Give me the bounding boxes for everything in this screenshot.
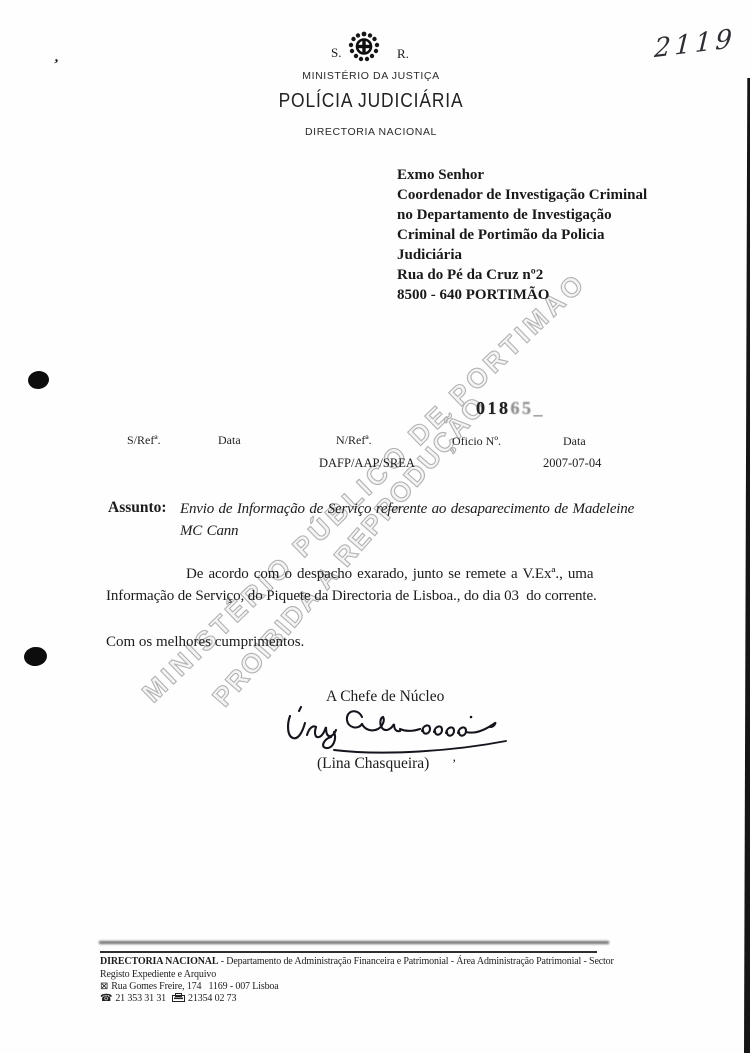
footer-department-rest: - Departamento de Administração Financei… — [218, 956, 613, 967]
recipient-line: Rua do Pé da Cruz nº2 — [397, 265, 687, 285]
footer-rule — [100, 951, 597, 953]
ministry-title: MINISTÉRIO DA JUSTIÇA — [251, 70, 491, 82]
stamp-faint-digits: 65 — [511, 398, 534, 418]
footer-department-line: DIRECTORIA NACIONAL - Departamento de Ad… — [100, 956, 614, 967]
footer-address: Rua Gomes Freire, 174 1169 - 007 Lisboa — [111, 981, 278, 992]
body-paragraph-line1: De acordo com o despacho exarado, junto … — [186, 566, 593, 583]
stray-pen-mark: ’ — [452, 756, 456, 772]
footer-rule-blurred — [99, 941, 609, 944]
recipient-line: Coordenador de Investigação Criminal — [397, 185, 687, 205]
organization-title: POLÍCIA JUDICIÁRIA — [241, 90, 502, 113]
footer-phone: 21 353 31 31 — [115, 993, 166, 1004]
footer-address-line: ⊠Rua Gomes Freire, 174 1169 - 007 Lisboa — [100, 981, 279, 992]
recipient-line: Exmo Senhor — [397, 165, 687, 185]
scanned-letter-page: MINISTÉRIO PÚBLICO DE PORTIMAO PROIBIDA … — [0, 0, 750, 1053]
footer-directorate-bold: DIRECTORIA NACIONAL — [100, 956, 218, 967]
footer-sector-line: Registo Expediente e Arquivo — [100, 969, 216, 980]
hole-punch-top — [27, 370, 50, 391]
stamp-tail-mark: _ — [534, 398, 546, 418]
coat-of-arms-icon — [347, 30, 381, 71]
subject-text-line2: MC Cann — [180, 523, 238, 540]
oficio-number-label: Oficio Nº. — [452, 434, 501, 449]
recipient-line: Judiciária — [397, 245, 687, 265]
envelope-icon: ⊠ — [100, 981, 108, 992]
hole-punch-bottom — [23, 646, 48, 667]
directorate-title: DIRECTORIA NACIONAL — [251, 126, 491, 138]
sender-date-label: Data — [218, 433, 241, 448]
scan-edge-shadow — [744, 78, 750, 1053]
header-initial-s: S. — [331, 45, 341, 61]
footer-fax: 21354 02 73 — [188, 993, 236, 1004]
fax-icon — [172, 993, 185, 1005]
oficio-stamp-number: 01865_ — [476, 398, 545, 419]
subject-label: Assunto: — [108, 499, 167, 517]
closing-line: Com os melhores cumprimentos. — [106, 634, 304, 651]
our-ref-label: N/Refª. — [336, 433, 372, 448]
stamp-clear-digits: 018 — [476, 398, 511, 418]
recipient-address: Exmo Senhor Coordenador de Investigação … — [397, 165, 687, 305]
our-ref-value: DAFP/AAP/SREA — [319, 456, 415, 471]
phone-icon: ☎ — [100, 993, 112, 1004]
signature-typed-name: (Lina Chasqueira) — [317, 755, 429, 773]
date-label: Data — [563, 434, 586, 449]
date-value: 2007-07-04 — [543, 456, 601, 471]
body-paragraph-line2: Informação de Serviço, do Piquete da Dir… — [106, 588, 597, 605]
header-initial-r: R. — [397, 46, 409, 62]
recipient-line: 8500 - 640 PORTIMÃO — [397, 285, 687, 305]
recipient-line: Criminal de Portimão da Policia — [397, 225, 687, 245]
recipient-line: no Departamento de Investigação — [397, 205, 687, 225]
footer-phone-line: ☎21 353 31 3121354 02 73 — [100, 993, 236, 1005]
subject-text-line1: Envio de Informação de Serviço referente… — [180, 501, 634, 518]
corner-pen-mark: ’ — [52, 57, 60, 75]
sender-ref-label: S/Refª. — [127, 433, 161, 448]
handwritten-page-number: 2119 — [654, 24, 737, 64]
